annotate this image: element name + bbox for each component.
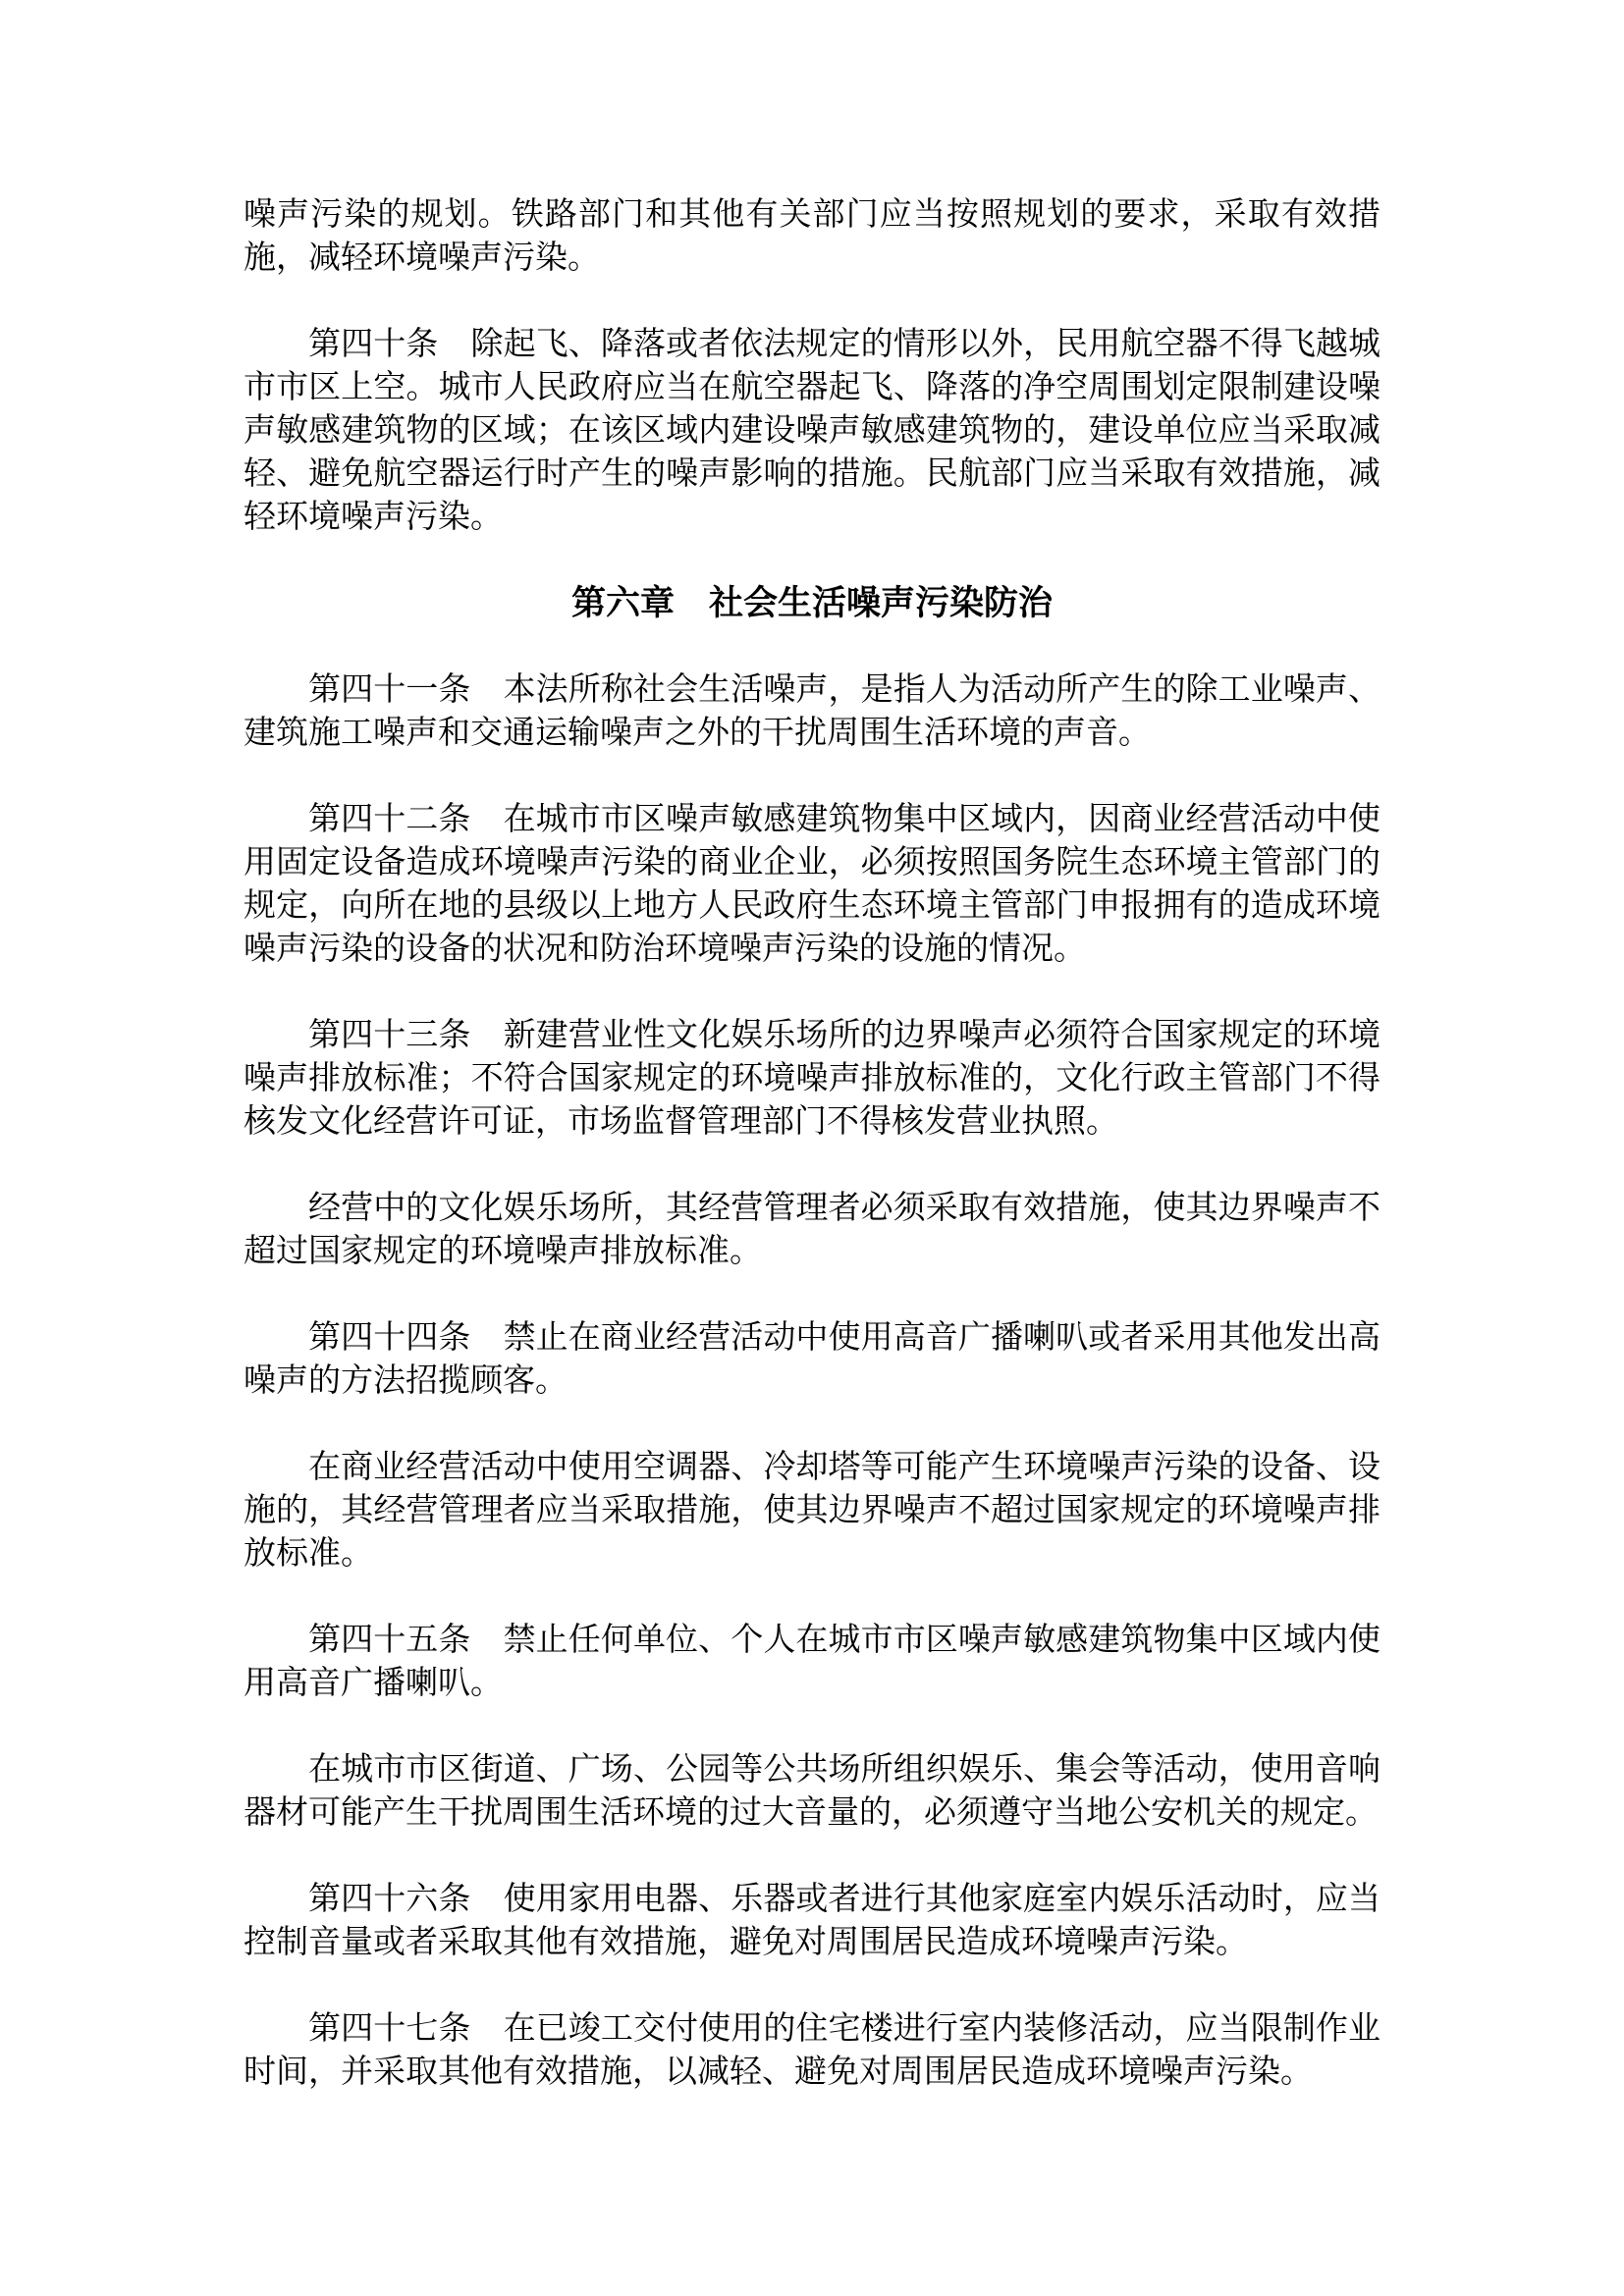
document-page: 噪声污染的规划。铁路部门和其他有关部门应当按照规划的要求，采取有效措施，减轻环境…	[0, 0, 1624, 2296]
chapter-6-heading: 第六章 社会生活噪声污染防治	[244, 582, 1380, 625]
article-40-paragraph: 第四十条 除起飞、降落或者依法规定的情形以外，民用航空器不得飞越城市市区上空。城…	[244, 323, 1380, 539]
article-47-paragraph: 第四十七条 在已竣工交付使用的住宅楼进行室内装修活动，应当限制作业时间，并采取其…	[244, 2007, 1380, 2094]
paragraph-continuation-railway: 噪声污染的规划。铁路部门和其他有关部门应当按照规划的要求，采取有效措施，减轻环境…	[244, 193, 1380, 280]
article-44-paragraph-1: 第四十四条 禁止在商业经营活动中使用高音广播喇叭或者采用其他发出高噪声的方法招揽…	[244, 1316, 1380, 1403]
article-44-paragraph-2: 在商业经营活动中使用空调器、冷却塔等可能产生环境噪声污染的设备、设施的，其经营管…	[244, 1446, 1380, 1575]
article-43-paragraph-2: 经营中的文化娱乐场所，其经营管理者必须采取有效措施，使其边界噪声不超过国家规定的…	[244, 1187, 1380, 1273]
article-42-paragraph: 第四十二条 在城市市区噪声敏感建筑物集中区域内，因商业经营活动中使用固定设备造成…	[244, 798, 1380, 971]
article-45-paragraph-1: 第四十五条 禁止任何单位、个人在城市市区噪声敏感建筑物集中区域内使用高音广播喇叭…	[244, 1619, 1380, 1705]
article-41-paragraph: 第四十一条 本法所称社会生活噪声，是指人为活动所产生的除工业噪声、建筑施工噪声和…	[244, 668, 1380, 755]
article-45-paragraph-2: 在城市市区街道、广场、公园等公共场所组织娱乐、集会等活动，使用音响器材可能产生干…	[244, 1748, 1380, 1835]
text-content: 噪声污染的规划。铁路部门和其他有关部门应当按照规划的要求，采取有效措施，减轻环境…	[244, 193, 1380, 2137]
article-43-paragraph-1: 第四十三条 新建营业性文化娱乐场所的边界噪声必须符合国家规定的环境噪声排放标准；…	[244, 1014, 1380, 1144]
article-46-paragraph: 第四十六条 使用家用电器、乐器或者进行其他家庭室内娱乐活动时，应当控制音量或者采…	[244, 1878, 1380, 1964]
